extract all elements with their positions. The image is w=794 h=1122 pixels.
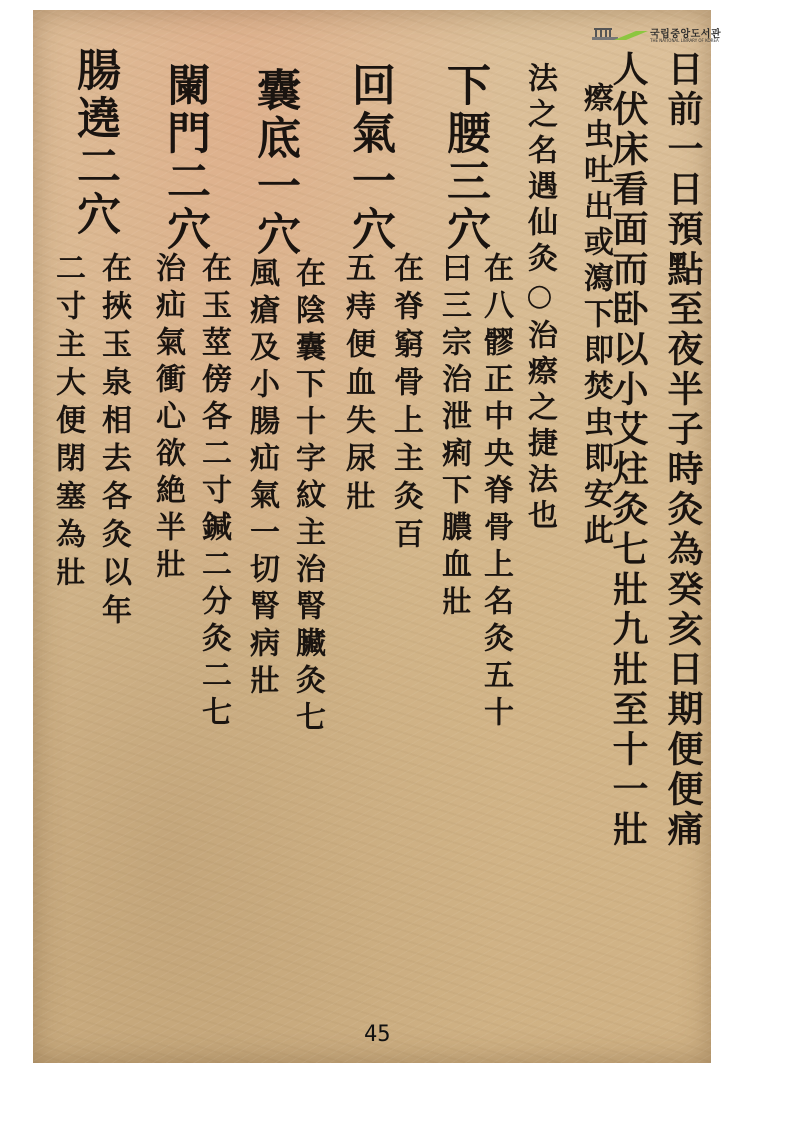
acupoint-indication-huiqi: 五痔便血失尿壯 [340, 250, 374, 520]
acupoint-title-changrao: 腸遶二穴 [70, 45, 118, 241]
library-logo-icon [592, 27, 648, 43]
column-text: 在脊窮骨上主灸百 [390, 252, 420, 556]
acupoint-indication-xiayao: 曰三宗治泄痢下膿血壯 [436, 250, 470, 624]
acupoint-title-huiqi: 回氣一穴 [345, 60, 393, 256]
library-logo: 국립중앙도서관 THE NATIONAL LIBRARY OF KOREA [592, 25, 732, 47]
column-text: 在挾玉泉相去各灸以年 [98, 252, 128, 632]
acupoint-location-nangdi: 在陰囊下十字紋主治腎臟灸七 [290, 255, 324, 740]
acupoint-heading: 闌門二穴 [162, 62, 206, 254]
acupoint-heading: 回氣一穴 [347, 62, 391, 254]
acupoint-indication-changrao: 二寸主大便閉塞為壯 [50, 250, 84, 596]
column-text: 風瘡及小腸疝氣一切腎病壯 [246, 257, 276, 701]
acupoint-location-xiayao: 在八髎正中央脊骨上名灸五十 [478, 250, 512, 735]
column-text: 在玉莖傍各二寸鍼二分灸二七 [198, 252, 228, 733]
library-name-english: THE NATIONAL LIBRARY OF KOREA [650, 38, 719, 43]
acupoint-heading: 下腰三穴 [442, 62, 486, 254]
column-text: 二寸主大便閉塞為壯 [52, 252, 82, 594]
text-column-2: 人伏床看面而卧以小艾炷灸七壯九壯至十一壯 [608, 48, 648, 852]
acupoint-heading: 腸遶二穴 [72, 47, 116, 239]
column-text: 人伏床看面而卧以小艾炷灸七壯九壯至十一壯 [610, 50, 646, 850]
text-column-3: 瘵虫吐出或瀉下即焚虫即安此 [578, 80, 612, 552]
acupoint-title-xiayao: 下腰三穴 [440, 60, 488, 256]
text-column-4: 法之名遇仙灸○治瘵之捷法也 [522, 60, 556, 537]
column-text: 瘵虫吐出或瀉下即焚虫即安此 [580, 82, 610, 550]
column-text: 曰三宗治泄痢下膿血壯 [438, 252, 468, 622]
acupoint-title-lanmen: 闌門二穴 [160, 60, 208, 256]
column-text: 法之名遇仙灸○治瘵之捷法也 [524, 62, 554, 535]
column-text: 在陰囊下十字紋主治腎臟灸七 [292, 257, 322, 738]
page-number: 45 [364, 1022, 391, 1047]
acupoint-location-lanmen: 在玉莖傍各二寸鍼二分灸二七 [196, 250, 230, 735]
column-text: 治疝氣衝心欲絶半壯 [152, 252, 182, 585]
text-column-1: 日前一日預點至夜半子時灸為癸亥日期便便痛 [663, 48, 703, 852]
column-text: 日前一日預點至夜半子時灸為癸亥日期便便痛 [665, 50, 701, 850]
acupoint-indication-nangdi: 風瘡及小腸疝氣一切腎病壯 [244, 255, 278, 703]
acupoint-title-nangdi: 囊底一穴 [250, 65, 298, 261]
acupoint-location-huiqi: 在脊窮骨上主灸百 [388, 250, 422, 558]
column-text: 在八髎正中央脊骨上名灸五十 [480, 252, 510, 733]
acupoint-indication-lanmen: 治疝氣衝心欲絶半壯 [150, 250, 184, 587]
acupoint-location-changrao: 在挾玉泉相去各灸以年 [96, 250, 130, 634]
acupoint-heading: 囊底一穴 [252, 67, 296, 259]
column-text: 五痔便血失尿壯 [342, 252, 372, 518]
